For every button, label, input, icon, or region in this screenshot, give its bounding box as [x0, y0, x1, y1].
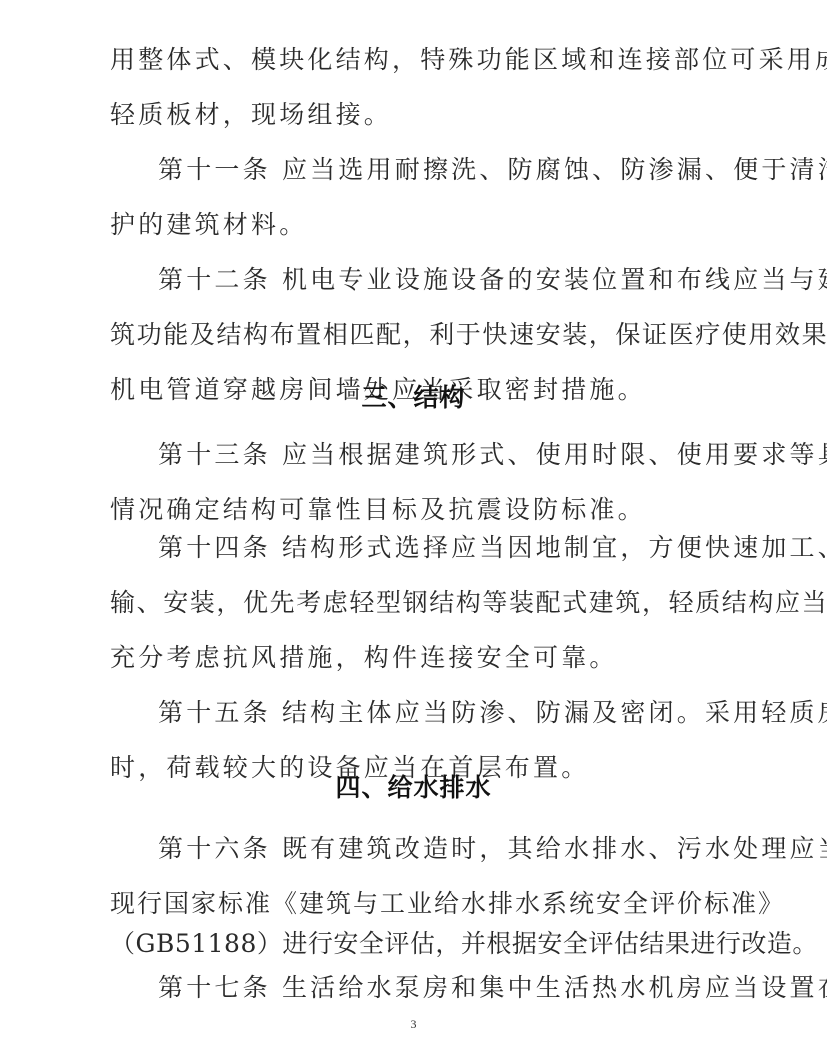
article-15-line: 第十五条 结构主体应当防渗、防漏及密闭。采用轻质房屋 [158, 698, 768, 728]
page-number: 3 [0, 1017, 827, 1032]
paragraph-line: 充分考虑抗风措施，构件连接安全可靠。 [110, 643, 720, 673]
paragraph-line: 筑功能及结构布置相匹配，利于快速安装，保证医疗使用效果。 [110, 320, 720, 350]
paragraph-line: 用整体式、模块化结构，特殊功能区域和连接部位可采用成品 [110, 45, 720, 75]
paragraph-line: 护的建筑材料。 [110, 210, 720, 240]
section-heading-water-supply-drainage: 四、给水排水 [0, 773, 827, 803]
article-13-line: 第十三条 应当根据建筑形式、使用时限、使用要求等具体 [158, 440, 768, 470]
paragraph-line: （GB51188）进行安全评估，并根据安全评估结果进行改造。 [110, 929, 720, 959]
paragraph-line: 情况确定结构可靠性目标及抗震设防标准。 [110, 495, 720, 525]
article-17-line: 第十七条 生活给水泵房和集中生活热水机房应当设置在 [158, 973, 768, 1003]
paragraph-line: 现行国家标准《建筑与工业给水排水系统安全评价标准》 [110, 889, 720, 919]
article-11-line: 第十一条 应当选用耐擦洗、防腐蚀、防渗漏、便于清洁维 [158, 155, 768, 185]
paragraph-line: 轻质板材，现场组接。 [110, 100, 720, 130]
article-14-line: 第十四条 结构形式选择应当因地制宜，方便快速加工、运 [158, 533, 768, 563]
document-page: 用整体式、模块化结构，特殊功能区域和连接部位可采用成品 轻质板材，现场组接。 第… [0, 0, 827, 1060]
paragraph-line: 输、安装，优先考虑轻型钢结构等装配式建筑，轻质结构应当 [110, 588, 720, 618]
article-16-line: 第十六条 既有建筑改造时，其给水排水、污水处理应当按 [158, 834, 768, 864]
article-12-line: 第十二条 机电专业设施设备的安装位置和布线应当与建 [158, 265, 768, 295]
section-heading-structure: 三、结构 [0, 383, 827, 413]
